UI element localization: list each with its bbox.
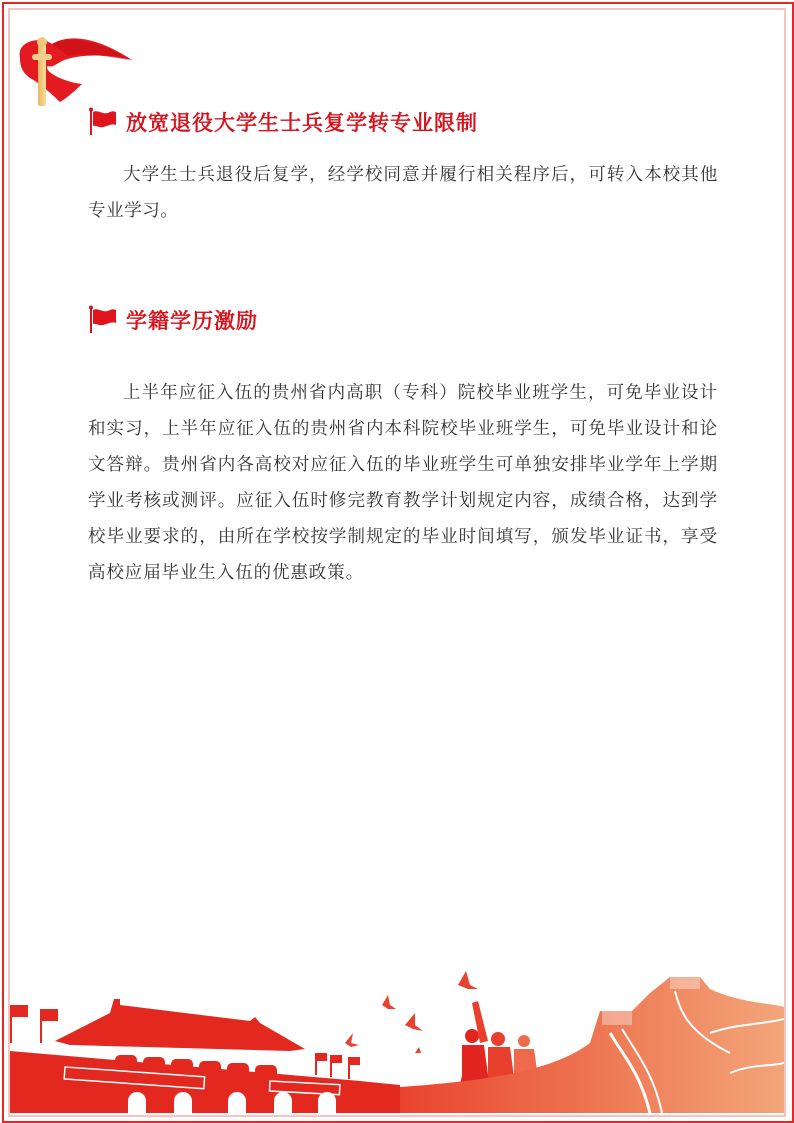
great-wall-icon (400, 977, 784, 1113)
section-paragraph: 上半年应征入伍的贵州省内高职（专科）院校毕业班学生，可免毕业设计和实习，上半年应… (88, 375, 718, 591)
section-heading: 学籍学历激励 (88, 305, 718, 335)
huabiao-ribbon-icon (12, 30, 142, 110)
section-title: 放宽退役大学生士兵复学转专业限制 (126, 107, 478, 137)
section-paragraph: 大学生士兵退役后复学，经学校同意并履行相关程序后，可转入本校其他专业学习。 (88, 157, 718, 229)
section-title: 学籍学历激励 (126, 305, 258, 335)
section-transfer-major: 放宽退役大学生士兵复学转专业限制 大学生士兵退役后复学，经学校同意并履行相关程序… (88, 107, 718, 229)
section-heading: 放宽退役大学生士兵复学转专业限制 (88, 107, 718, 137)
doves-icon (345, 971, 478, 1053)
section-academic-incentives: 学籍学历激励 上半年应征入伍的贵州省内高职（专科）院校毕业班学生，可免毕业设计和… (88, 305, 718, 591)
red-flag-icon (88, 107, 118, 137)
red-flag-icon (88, 305, 118, 335)
footer-banner-illustration (10, 963, 784, 1113)
